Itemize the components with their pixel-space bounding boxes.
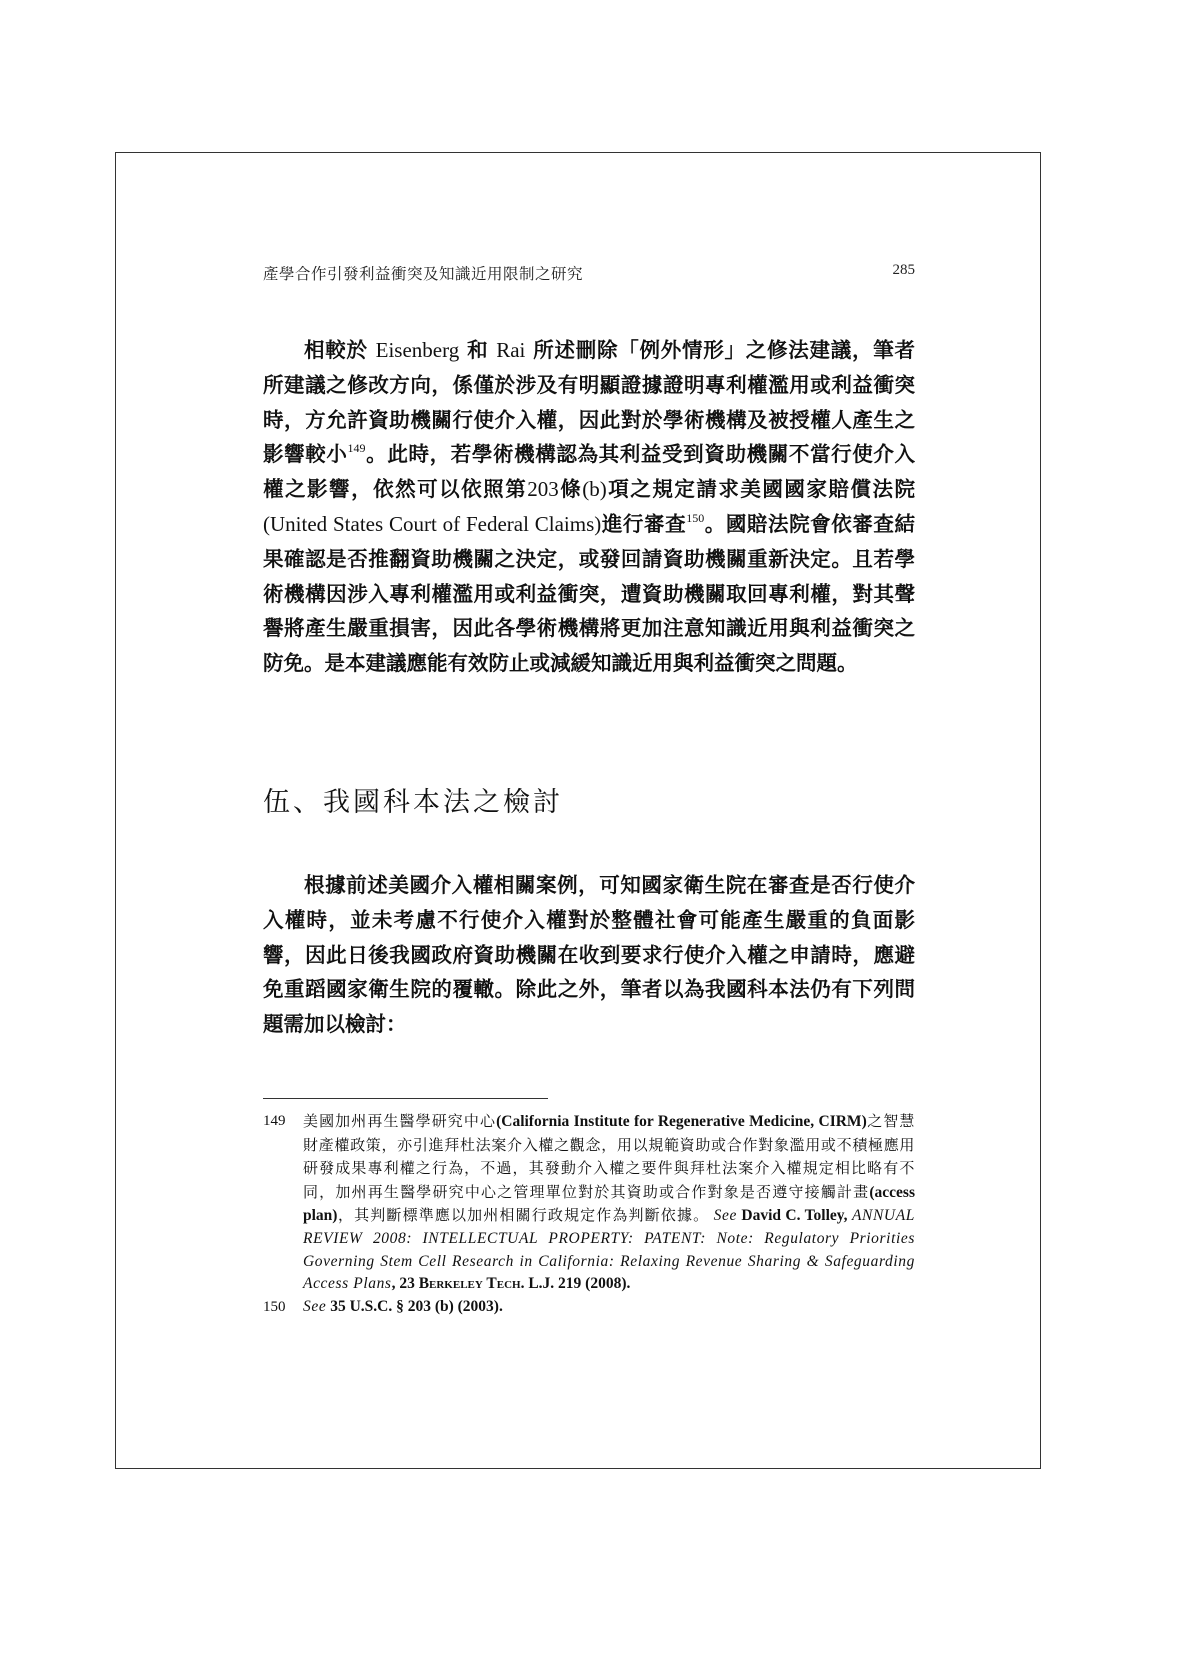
citation-journal: Berkeley Tech	[419, 1275, 521, 1292]
text-segment: 項之規定請求美國國家賠償法院	[607, 477, 915, 501]
footnote-number: 149	[263, 1110, 286, 1133]
text-segment: 進行審查	[601, 512, 686, 536]
institution-name: (California Institute for Regenerative M…	[496, 1113, 867, 1130]
subsection-label: (b)	[582, 477, 607, 501]
footnote-ref-149[interactable]: 149	[348, 441, 366, 455]
footnote-separator	[263, 1098, 548, 1099]
text-segment: 相較於	[304, 338, 376, 362]
text-segment: 。國賠法院會依審查結果確認是否推翻資助機關之決定，或發回請資助機關重新決定。且若…	[263, 512, 915, 675]
citation-signal: See	[303, 1298, 326, 1315]
author-name: Rai	[496, 338, 525, 362]
text-segment: 和	[459, 338, 496, 362]
citation-volume: , 23	[392, 1275, 419, 1292]
section-number: 203	[527, 477, 559, 501]
citation-signal: See	[714, 1207, 737, 1224]
author-name: Eisenberg	[376, 338, 460, 362]
body-paragraph-1: 相較於 Eisenberg 和 Rai 所述刪除「例外情形」之修法建議，筆者所建…	[263, 333, 915, 681]
text-segment: 條	[559, 477, 583, 501]
footnote-149: 149 美國加州再生醫學研究中心(California Institute fo…	[263, 1110, 915, 1296]
citation-rest: . L.J. 219 (2008).	[521, 1275, 631, 1292]
page-number: 285	[893, 262, 916, 279]
running-head-title: 產學合作引發利益衝突及知識近用限制之研究	[263, 262, 583, 284]
body-paragraph-2: 根據前述美國介入權相關案例，可知國家衛生院在審查是否行使介入權時，並未考慮不行使…	[263, 868, 915, 1042]
running-header: 產學合作引發利益衝突及知識近用限制之研究 285	[263, 262, 915, 282]
footnotes: 149 美國加州再生醫學研究中心(California Institute fo…	[263, 1110, 915, 1318]
section-heading: 伍、我國科本法之檢討	[263, 780, 563, 819]
footnote-text: ，其判斷標準應以加州相關行政規定作為判斷依據。	[337, 1206, 709, 1224]
citation-author: David C. Tolley,	[737, 1207, 852, 1224]
court-name: (United States Court of Federal Claims)	[263, 512, 601, 536]
citation-statute: 35 U.S.C. § 203 (b) (2003).	[326, 1298, 503, 1315]
footnote-number: 150	[263, 1296, 286, 1319]
footnote-150: 150 See 35 U.S.C. § 203 (b) (2003).	[263, 1296, 915, 1319]
footnote-ref-150[interactable]: 150	[686, 511, 704, 525]
footnote-text: 美國加州再生醫學研究中心	[303, 1112, 496, 1130]
paragraph-text: 根據前述美國介入權相關案例，可知國家衛生院在審查是否行使介入權時，並未考慮不行使…	[263, 868, 915, 1042]
